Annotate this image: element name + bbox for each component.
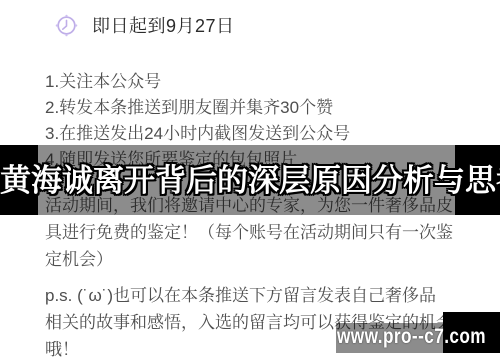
step-item: 2.转发本条推送到朋友圈并集齐30个赞 [45,95,350,121]
date-row: 即日起到9月27日 [55,12,235,38]
step-item: 3.在推送发出24小时内截图发送到公众号 [45,121,350,147]
date-text: 即日起到9月27日 [92,12,235,38]
step-item: 1.关注本公众号 [45,69,350,95]
clock-icon [55,14,78,37]
ps-line: p.s. (˙ω˙)也可以在本条推送下方留言发表自己奢侈品 [45,282,453,309]
paragraph-line: 具进行免费的鉴定！（每个账号在活动期间只有一次鉴 [45,219,453,246]
article-screenshot: 即日起到9月27日 1.关注本公众号 2.转发本条推送到朋友圈并集齐30个赞 3… [0,0,500,362]
watermark-url: www.pro--c7.com [337,325,486,349]
paragraph-line: 定机会） [45,246,453,273]
headline-text: 黄海诚离开背后的深层原因分析与思考 [0,161,500,201]
